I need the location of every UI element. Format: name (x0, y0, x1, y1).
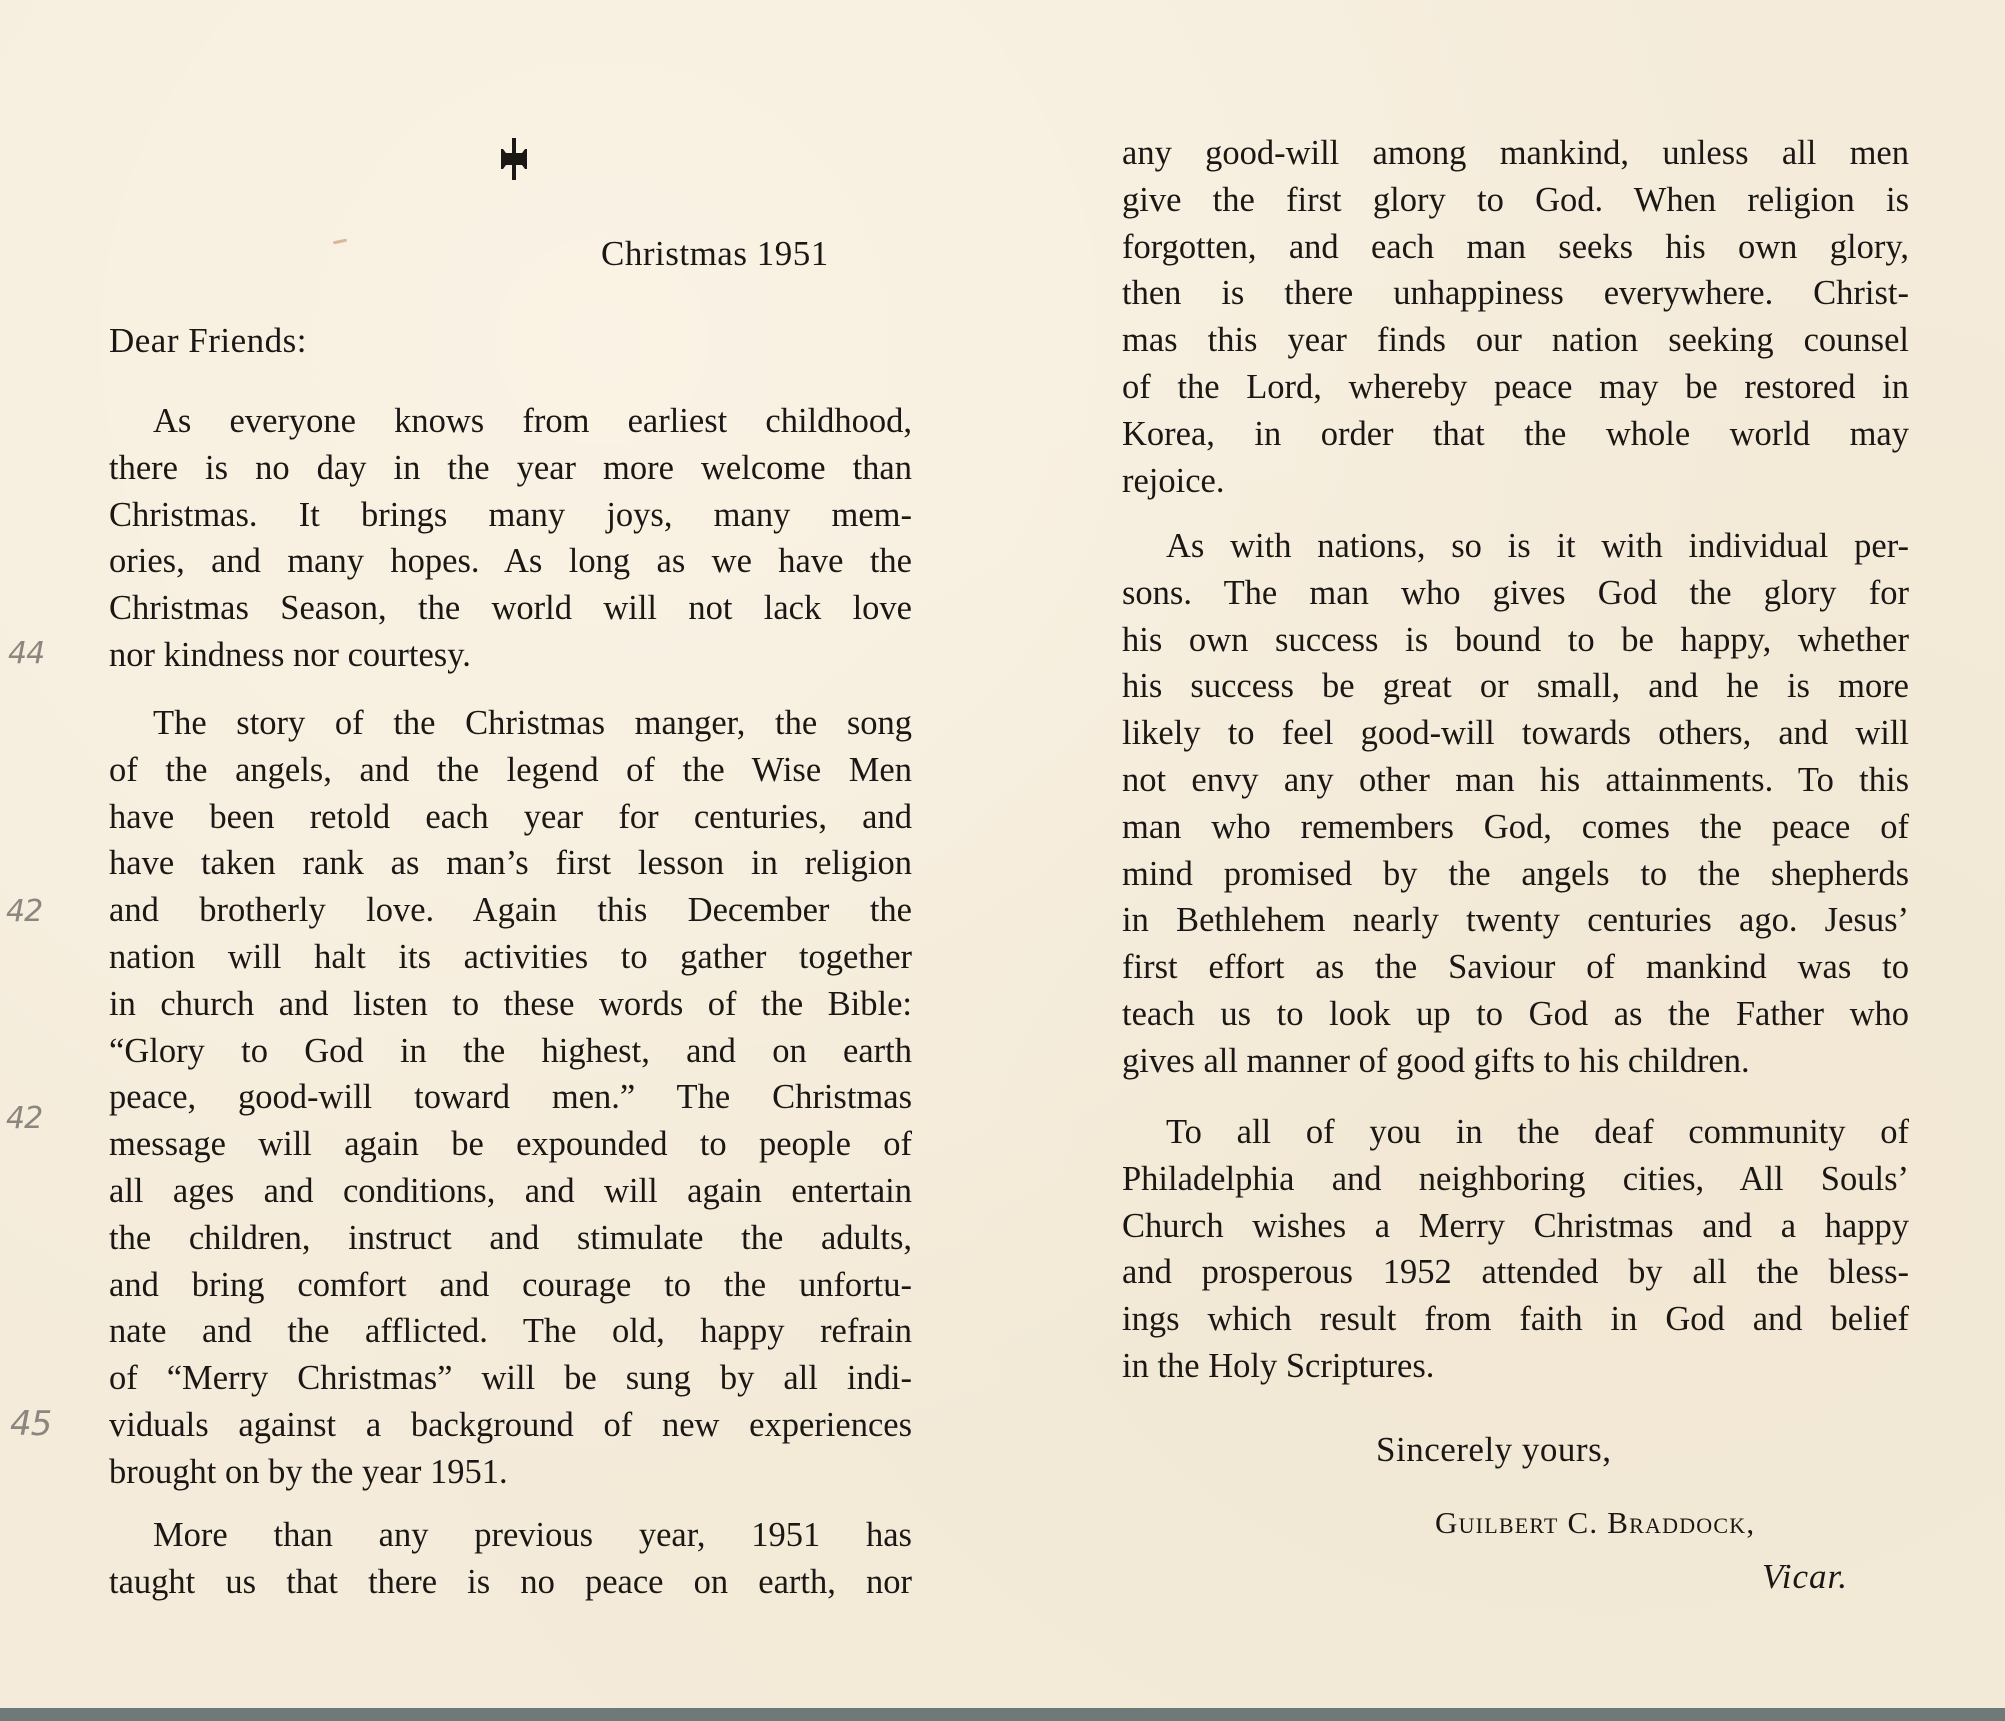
text-line: Korea, in order that the whole world may (1122, 411, 1909, 458)
text-line: teach us to look up to God as the Father… (1122, 991, 1909, 1038)
text-line: and prosperous 1952 attended by all the … (1122, 1249, 1909, 1296)
text-line: his success be great or small, and he is… (1122, 663, 1909, 710)
text-line: likely to feel good-will towards others,… (1122, 710, 1909, 757)
text-line: of the Lord, whereby peace may be restor… (1122, 364, 1909, 411)
text-line: Philadelphia and neighboring cities, All… (1122, 1156, 1909, 1203)
text-line: all ages and conditions, and will again … (109, 1168, 912, 1215)
paragraph: As everyone knows from earliest childhoo… (109, 398, 912, 679)
text-line: As with nations, so is it with individua… (1122, 523, 1909, 570)
text-line: of “Merry Christmas” will be sung by all… (109, 1355, 912, 1402)
letter-salutation: Dear Friends: (109, 321, 307, 361)
letter-closing: Sincerely yours, (1376, 1430, 1611, 1470)
text-line: ings which result from faith in God and … (1122, 1296, 1909, 1343)
text-line: Christmas. It brings many joys, many mem… (109, 492, 912, 539)
text-line: and bring comfort and courage to the unf… (109, 1262, 912, 1309)
text-line: nate and the afflicted. The old, happy r… (109, 1308, 912, 1355)
text-line: peace, good-will toward men.” The Christ… (109, 1074, 912, 1121)
text-line: More than any previous year, 1951 has (109, 1512, 912, 1559)
text-line: nor kindness nor courtesy. (109, 632, 912, 679)
letter-signature: Guilbert C. Braddock, (1435, 1505, 1755, 1541)
paragraph: To all of you in the deaf community of P… (1122, 1109, 1909, 1390)
text-line: taught us that there is no peace on eart… (109, 1559, 912, 1606)
paragraph: More than any previous year, 1951 has ta… (109, 1512, 912, 1606)
text-line: brought on by the year 1951. (109, 1449, 912, 1496)
text-line: his own success is bound to be happy, wh… (1122, 617, 1909, 664)
text-line: give the first glory to God. When religi… (1122, 177, 1909, 224)
text-line: in Bethlehem nearly twenty centuries ago… (1122, 897, 1909, 944)
text-line: ories, and many hopes. As long as we hav… (109, 538, 912, 585)
text-line: To all of you in the deaf community of (1122, 1109, 1909, 1156)
text-line: rejoice. (1122, 458, 1909, 505)
text-line: The story of the Christmas manger, the s… (109, 700, 912, 747)
letter-dateline: Christmas 1951 (601, 234, 829, 274)
text-line: of the angels, and the legend of the Wis… (109, 747, 912, 794)
text-line: there is no day in the year more welcome… (109, 445, 912, 492)
text-line: Christmas Season, the world will not lac… (109, 585, 912, 632)
text-line: the children, instruct and stimulate the… (109, 1215, 912, 1262)
text-line: Church wishes a Merry Christmas and a ha… (1122, 1203, 1909, 1250)
text-line: gives all manner of good gifts to his ch… (1122, 1038, 1909, 1085)
text-line: mas this year finds our nation seeking c… (1122, 317, 1909, 364)
margin-note: 44 (8, 636, 44, 671)
margin-note: 45 (10, 1404, 51, 1444)
text-line: and brotherly love. Again this December … (109, 887, 912, 934)
text-line: have taken rank as man’s first lesson in… (109, 840, 912, 887)
signature-title: Vicar. (1762, 1557, 1848, 1597)
paragraph: any good-will among mankind, unless all … (1122, 130, 1909, 504)
cross-pattee-icon (494, 138, 534, 180)
text-line: As everyone knows from earliest childhoo… (109, 398, 912, 445)
margin-note: 42 (6, 894, 42, 929)
text-line: sons. The man who gives God the glory fo… (1122, 570, 1909, 617)
text-line: then is there unhappiness everywhere. Ch… (1122, 270, 1909, 317)
text-line: man who remembers God, comes the peace o… (1122, 804, 1909, 851)
text-line: first effort as the Saviour of mankind w… (1122, 944, 1909, 991)
text-line: forgotten, and each man seeks his own gl… (1122, 224, 1909, 271)
text-line: viduals against a background of new expe… (109, 1402, 912, 1449)
text-line: mind promised by the angels to the sheph… (1122, 851, 1909, 898)
paragraph: As with nations, so is it with individua… (1122, 523, 1909, 1085)
text-line: message will again be expounded to peopl… (109, 1121, 912, 1168)
text-line: “Glory to God in the highest, and on ear… (109, 1028, 912, 1075)
text-line: any good-will among mankind, unless all … (1122, 130, 1909, 177)
text-line: have been retold each year for centuries… (109, 794, 912, 841)
text-line: in the Holy Scriptures. (1122, 1343, 1909, 1390)
text-line: not envy any other man his attainments. … (1122, 757, 1909, 804)
paragraph: The story of the Christmas manger, the s… (109, 700, 912, 1496)
text-line: nation will halt its activities to gathe… (109, 934, 912, 981)
margin-note: 42 (6, 1101, 42, 1136)
text-line: in church and listen to these words of t… (109, 981, 912, 1028)
scan-bottom-edge (0, 1708, 2005, 1721)
